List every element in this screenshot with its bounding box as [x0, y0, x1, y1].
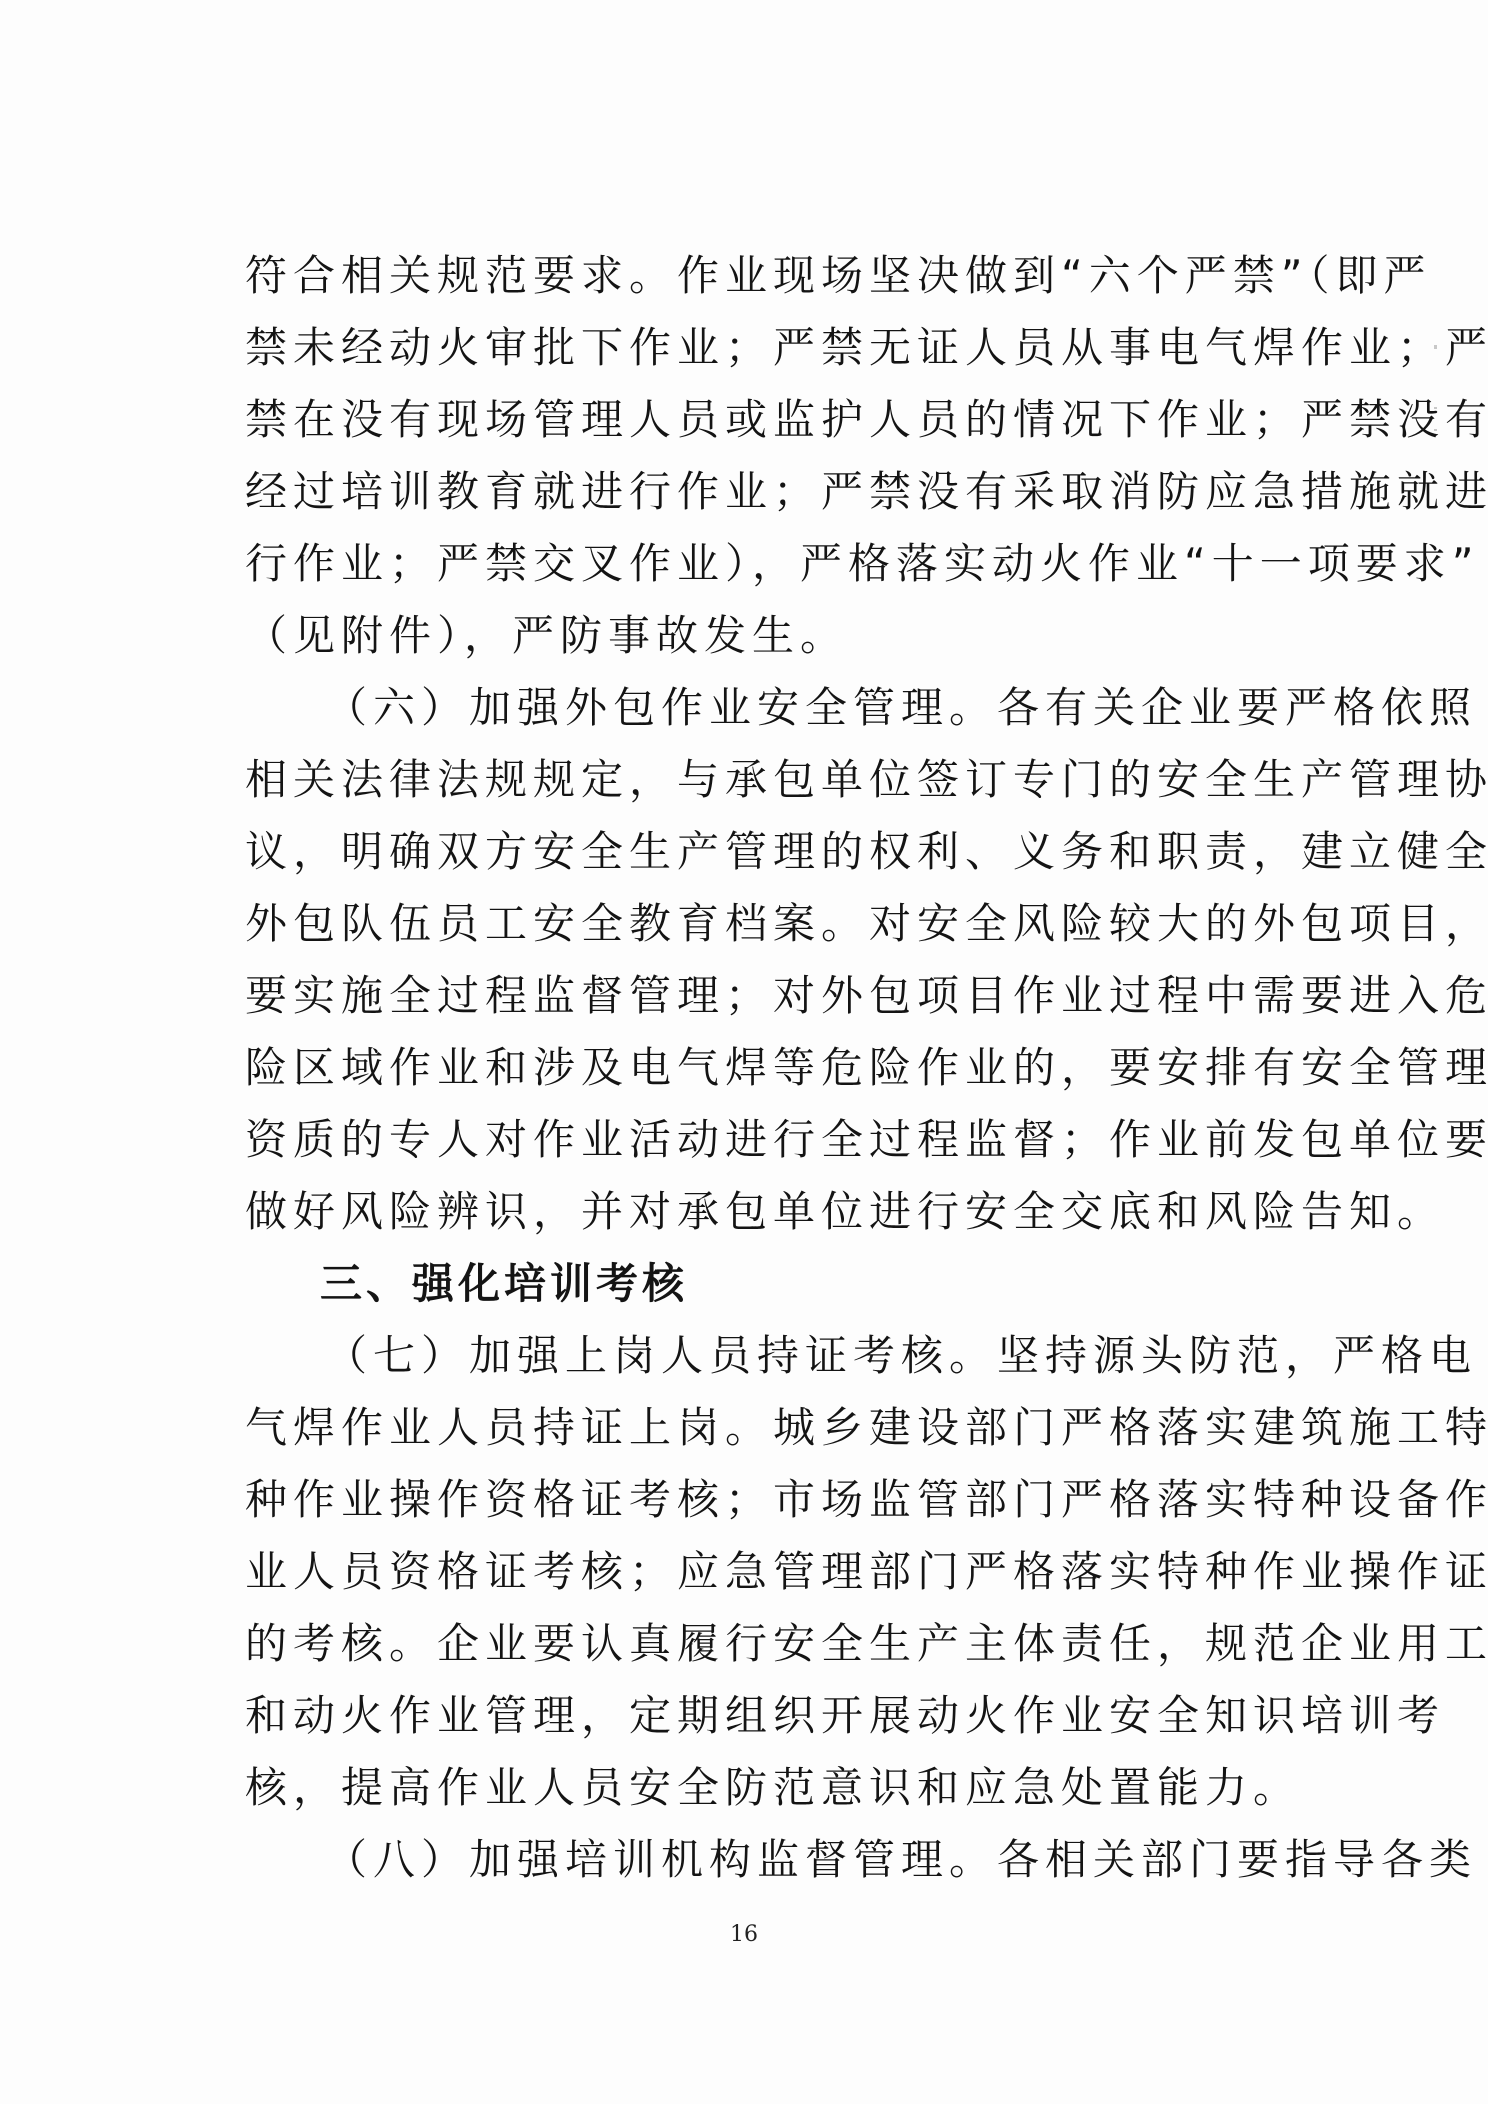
- text-line: 相关法律法规规定，与承包单位签订专门的安全生产管理协: [245, 744, 1230, 816]
- document-body: 符合相关规范要求。作业现场坚决做到“六个严禁”（即严 禁未经动火审批下作业；严禁…: [245, 240, 1230, 1896]
- text-line: 业人员资格证考核；应急管理部门严格落实特种作业操作证: [245, 1536, 1230, 1608]
- text-line: 要实施全过程监督管理；对外包项目作业过程中需要进入危: [245, 960, 1230, 1032]
- paragraph-first-line-7: （七）加强上岗人员持证考核。坚持源头防范，严格电: [245, 1320, 1230, 1392]
- paragraph-first-line-8: （八）加强培训机构监督管理。各相关部门要指导各类: [245, 1824, 1230, 1896]
- page-number: 16: [0, 1922, 1488, 1947]
- scan-artifact: [1434, 345, 1437, 349]
- text-line: 符合相关规范要求。作业现场坚决做到“六个严禁”（即严: [245, 240, 1230, 312]
- text-line: 和动火作业管理，定期组织开展动火作业安全知识培训考: [245, 1680, 1230, 1752]
- text-line: 行作业；严禁交叉作业），严格落实动火作业“十一项要求”: [245, 528, 1230, 600]
- text-line: 禁在没有现场管理人员或监护人员的情况下作业；严禁没有: [245, 384, 1230, 456]
- text-line: 险区域作业和涉及电气焊等危险作业的，要安排有安全管理: [245, 1032, 1230, 1104]
- paragraph-first-line-6: （六）加强外包作业安全管理。各有关企业要严格依照: [245, 672, 1230, 744]
- text-line: 核，提高作业人员安全防范意识和应急处置能力。: [245, 1752, 1230, 1824]
- section-heading: 三、强化培训考核: [245, 1248, 1230, 1320]
- text-line: 资质的专人对作业活动进行全过程监督；作业前发包单位要: [245, 1104, 1230, 1176]
- text-line: 经过培训教育就进行作业；严禁没有采取消防应急措施就进: [245, 456, 1230, 528]
- text-line: 议，明确双方安全生产管理的权利、义务和职责，建立健全: [245, 816, 1230, 888]
- text-line: （见附件），严防事故发生。: [245, 600, 1230, 672]
- scan-artifact: [1434, 429, 1437, 431]
- text-line: 禁未经动火审批下作业；严禁无证人员从事电气焊作业；严: [245, 312, 1230, 384]
- text-line: 气焊作业人员持证上岗。城乡建设部门严格落实建筑施工特: [245, 1392, 1230, 1464]
- text-line: 种作业操作资格证考核；市场监管部门严格落实特种设备作: [245, 1464, 1230, 1536]
- text-line: 做好风险辨识，并对承包单位进行安全交底和风险告知。: [245, 1176, 1230, 1248]
- text-line: 的考核。企业要认真履行安全生产主体责任，规范企业用工: [245, 1608, 1230, 1680]
- text-line: 外包队伍员工安全教育档案。对安全风险较大的外包项目，: [245, 888, 1230, 960]
- document-page: 符合相关规范要求。作业现场坚决做到“六个严禁”（即严 禁未经动火审批下作业；严禁…: [0, 0, 1488, 2104]
- scan-artifact: [1434, 407, 1437, 409]
